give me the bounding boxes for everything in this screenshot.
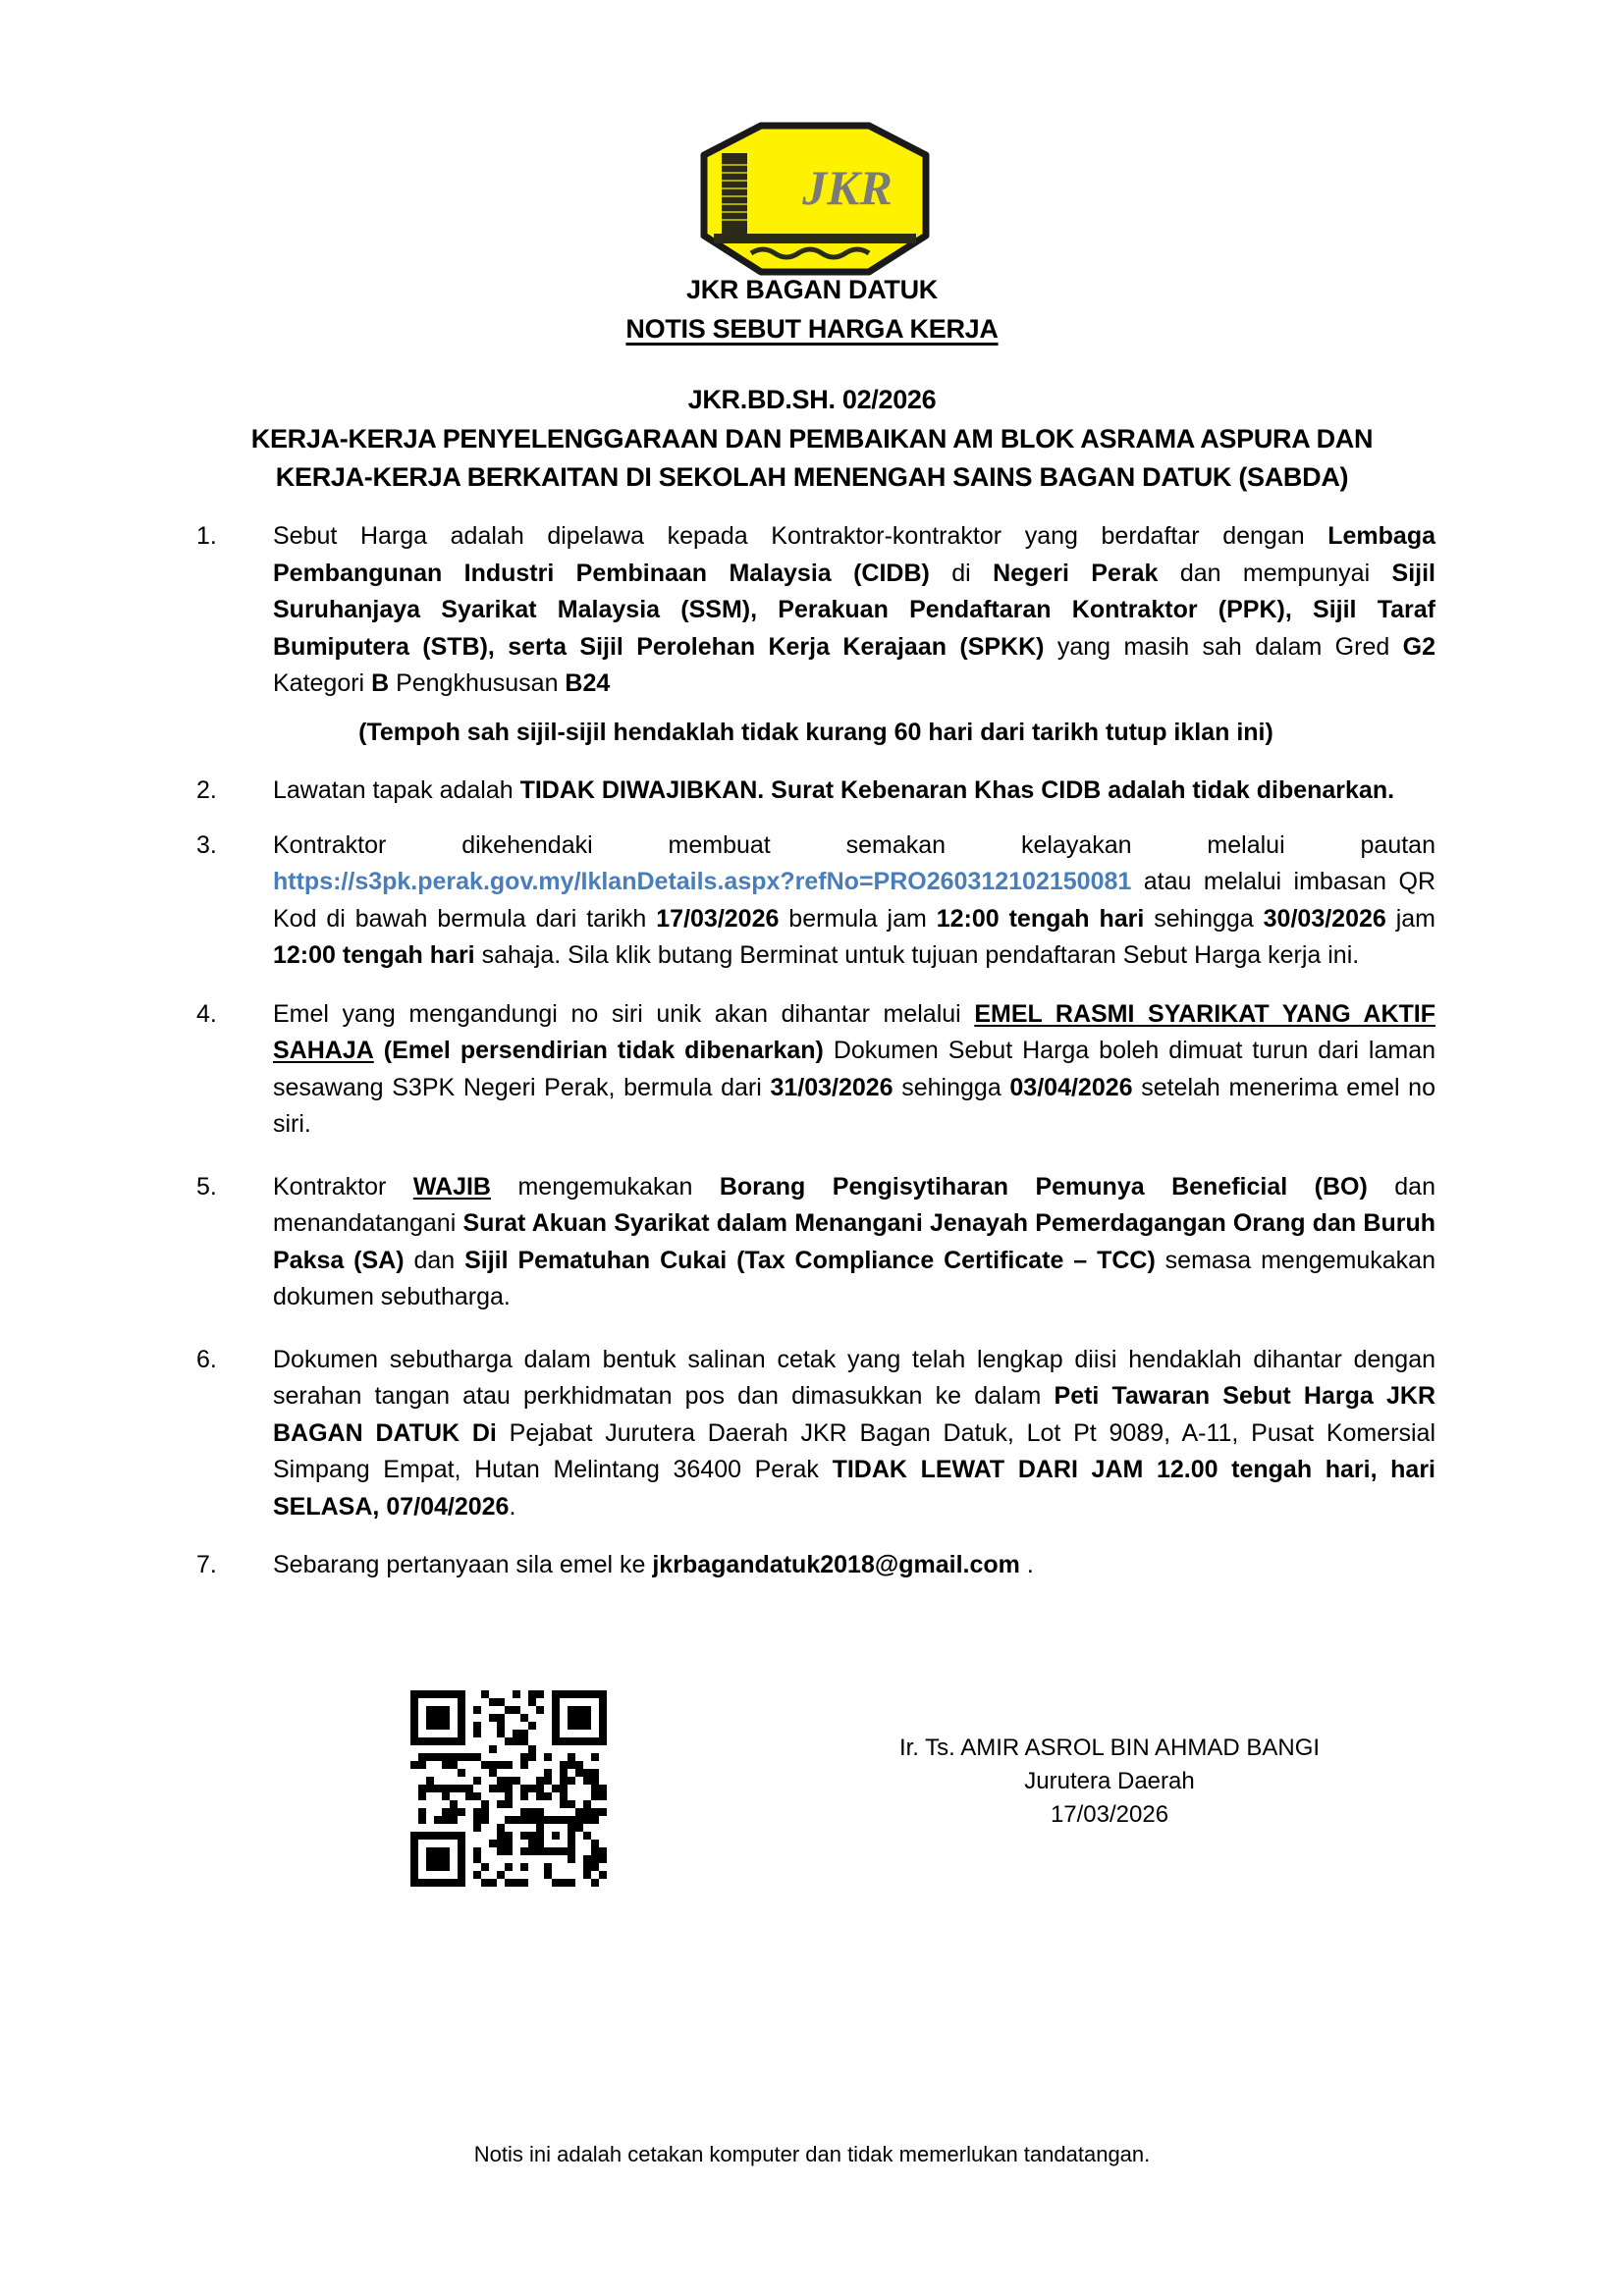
notice-item-7: 7. Sebarang pertanyaan sila emel ke jkrb…: [196, 1547, 1435, 1584]
qr-code-icon[interactable]: [410, 1690, 607, 1887]
subject-line-1: KERJA-KERJA PENYELENGGARAAN DAN PEMBAIKA…: [0, 424, 1624, 454]
notice-item-1: 1. Sebut Harga adalah dipelawa kepada Ko…: [196, 518, 1435, 703]
jkr-logo-icon: JKR: [692, 118, 938, 280]
notice-item-3: 3. Kontraktor dikehendaki membuat semaka…: [196, 828, 1435, 975]
item-number: 3.: [196, 828, 217, 865]
notice-item-2: 2. Lawatan tapak adalah TIDAK DIWAJIBKAN…: [196, 773, 1435, 810]
item-number: 7.: [196, 1547, 217, 1584]
item-body: Emel yang mengandungi no siri unik akan …: [273, 1000, 1435, 1139]
item-body: Lawatan tapak adalah TIDAK DIWAJIBKAN. S…: [273, 776, 1394, 804]
item-number: 1.: [196, 518, 217, 556]
signature-date: 17/03/2026: [835, 1798, 1384, 1832]
item-body: Dokumen sebutharga dalam bentuk salinan …: [273, 1346, 1435, 1521]
item-number: 4.: [196, 996, 217, 1034]
reference-number: JKR.BD.SH. 02/2026: [0, 385, 1624, 415]
notice-title: NOTIS SEBUT HARGA KERJA: [0, 314, 1624, 345]
s3pk-link[interactable]: https://s3pk.perak.gov.my/IklanDetails.a…: [273, 868, 1131, 895]
item-number: 2.: [196, 773, 217, 810]
notice-items: 1. Sebut Harga adalah dipelawa kepada Ko…: [196, 518, 1435, 1602]
item-number: 6.: [196, 1342, 217, 1379]
item-body: Kontraktor WAJIB mengemukakan Borang Pen…: [273, 1173, 1435, 1311]
footer-note: Notis ini adalah cetakan komputer dan ti…: [0, 2142, 1624, 2167]
notice-item-4: 4. Emel yang mengandungi no siri unik ak…: [196, 996, 1435, 1144]
item-body: Sebut Harga adalah dipelawa kepada Kontr…: [273, 522, 1435, 697]
subject-line-2: KERJA-KERJA BERKAITAN DI SEKOLAH MENENGA…: [0, 462, 1624, 493]
item-number: 5.: [196, 1169, 217, 1206]
svg-text:JKR: JKR: [801, 160, 893, 215]
item-body: Kontraktor dikehendaki membuat semakan k…: [273, 831, 1435, 970]
signatory-name: Ir. Ts. AMIR ASROL BIN AHMAD BANGI: [835, 1732, 1384, 1765]
notice-item-6: 6. Dokumen sebutharga dalam bentuk salin…: [196, 1342, 1435, 1526]
notice-item-5: 5. Kontraktor WAJIB mengemukakan Borang …: [196, 1169, 1435, 1316]
signatory-position: Jurutera Daerah: [835, 1765, 1384, 1798]
organization-name: JKR BAGAN DATUK: [0, 275, 1624, 305]
signature-block: Ir. Ts. AMIR ASROL BIN AHMAD BANGI Jurut…: [835, 1732, 1384, 1832]
notice-page: JKR JKR BAGAN DATUK NOTIS SEBUT HARGA KE…: [0, 0, 1624, 2296]
item-body: Sebarang pertanyaan sila emel ke jkrbaga…: [273, 1551, 1034, 1578]
certificate-validity-note: (Tempoh sah sijil-sijil hendaklah tidak …: [196, 715, 1435, 752]
